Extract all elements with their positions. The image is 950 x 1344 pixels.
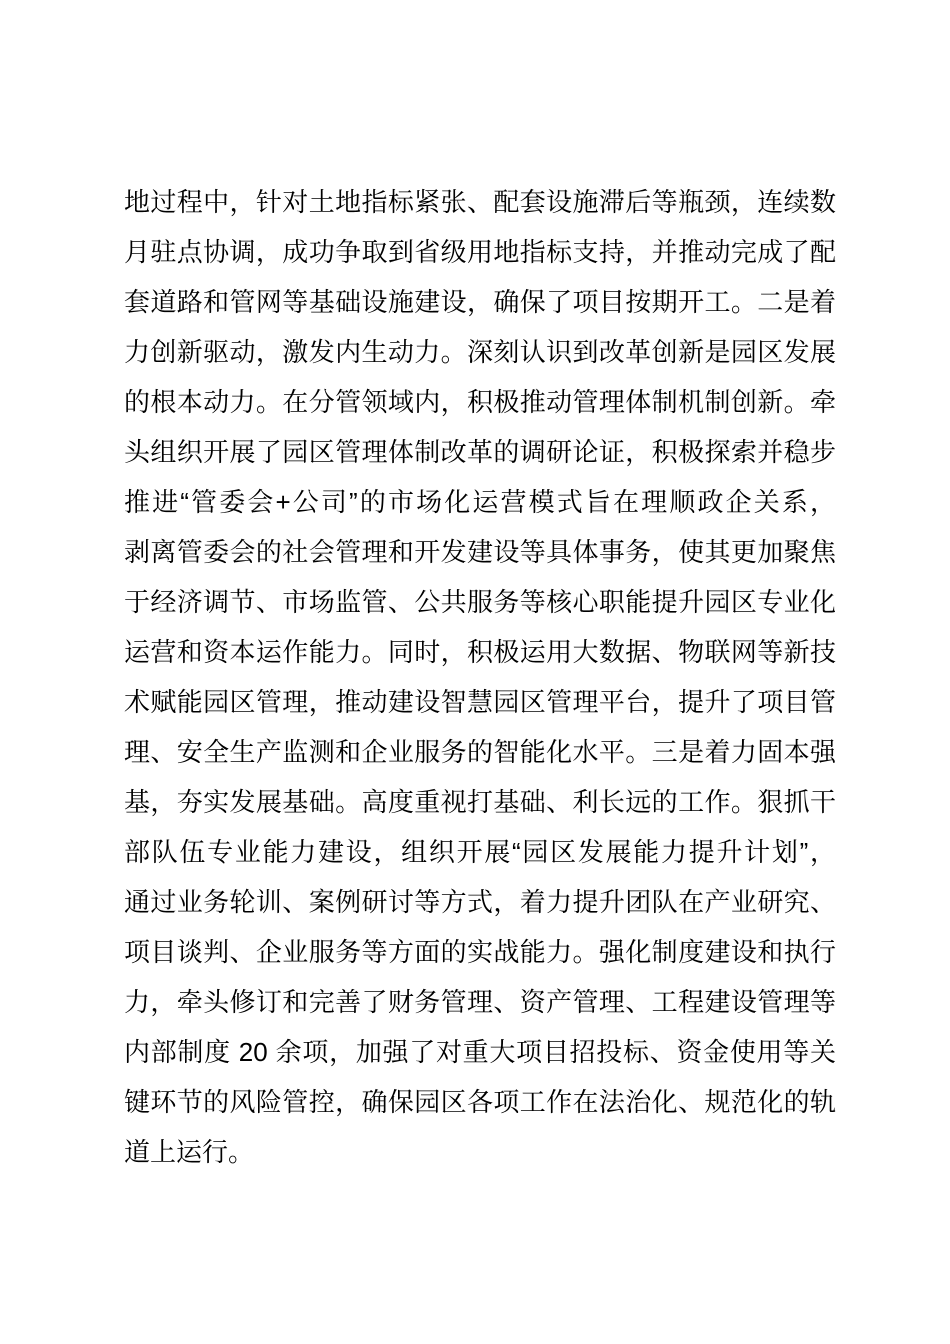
text-line: 通过业务轮训、案例研讨等方式，着力提升团队在产业研究、: [124, 877, 836, 927]
text-line: 于经济调节、市场监管、公共服务等核心职能提升园区专业化: [124, 577, 836, 627]
text-line: 项目谈判、企业服务等方面的实战能力。强化制度建设和执行: [124, 927, 836, 977]
body-paragraph: 地过程中，针对土地指标紧张、配套设施滞后等瓶颈，连续数 月驻点协调，成功争取到省…: [124, 177, 836, 1177]
text-line: 力创新驱动，激发内生动力。深刻认识到改革创新是园区发展: [124, 327, 836, 377]
text-line: 理、安全生产监测和企业服务的智能化水平。三是着力固本强: [124, 727, 836, 777]
text-line: 地过程中，针对土地指标紧张、配套设施滞后等瓶颈，连续数: [124, 177, 836, 227]
text-line: 推进“管委会+公司”的市场化运营模式旨在理顺政企关系，: [124, 477, 836, 527]
text-line: 力，牵头修订和完善了财务管理、资产管理、工程建设管理等: [124, 977, 836, 1027]
text-line: 月驻点协调，成功争取到省级用地指标支持，并推动完成了配: [124, 227, 836, 277]
document-page: 地过程中，针对土地指标紧张、配套设施滞后等瓶颈，连续数 月驻点协调，成功争取到省…: [0, 0, 950, 1344]
text-line: 运营和资本运作能力。同时，积极运用大数据、物联网等新技: [124, 627, 836, 677]
text-line: 基，夯实发展基础。高度重视打基础、利长远的工作。狠抓干: [124, 777, 836, 827]
text-line: 剥离管委会的社会管理和开发建设等具体事务，使其更加聚焦: [124, 527, 836, 577]
text-line: 部队伍专业能力建设，组织开展“园区发展能力提升计划”，: [124, 827, 836, 877]
text-line: 术赋能园区管理，推动建设智慧园区管理平台，提升了项目管: [124, 677, 836, 727]
text-line: 头组织开展了园区管理体制改革的调研论证，积极探索并稳步: [124, 427, 836, 477]
text-line: 套道路和管网等基础设施建设，确保了项目按期开工。二是着: [124, 277, 836, 327]
text-line: 键环节的风险管控，确保园区各项工作在法治化、规范化的轨: [124, 1077, 836, 1127]
text-line: 内部制度 20 余项，加强了对重大项目招投标、资金使用等关: [124, 1027, 836, 1077]
text-line: 道上运行。: [124, 1127, 836, 1177]
text-line: 的根本动力。在分管领域内，积极推动管理体制机制创新。牵: [124, 377, 836, 427]
